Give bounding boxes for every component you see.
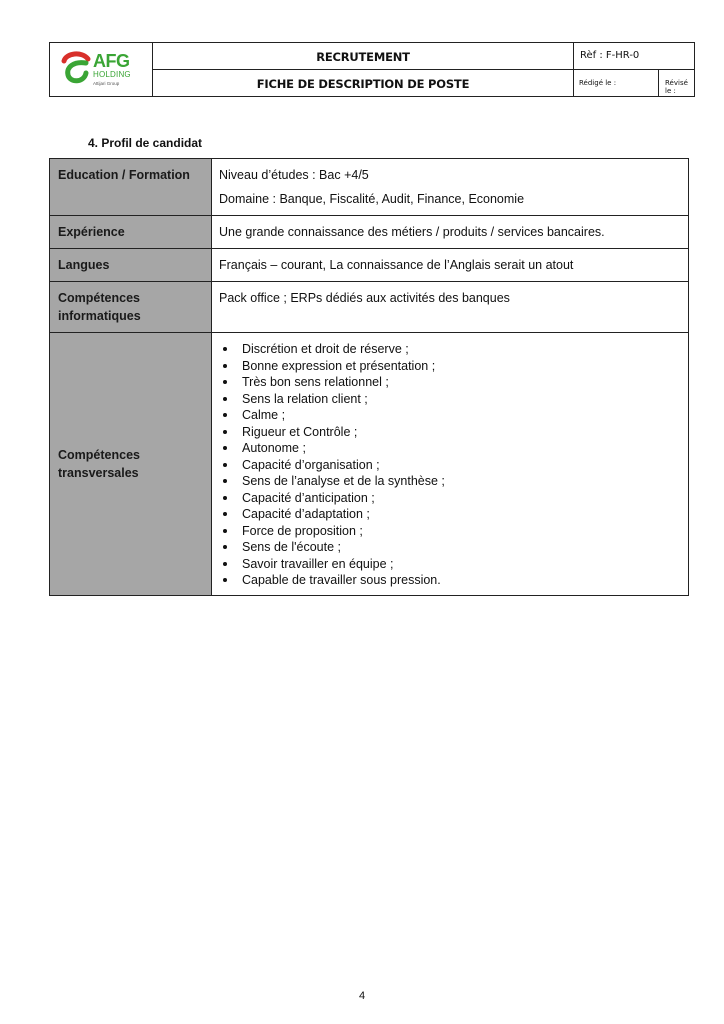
row-value: Une grande connaissance des métiers / pr… (212, 216, 689, 249)
header-subtitle: FICHE DE DESCRIPTION DE POSTE (153, 77, 573, 91)
table-row-informatique: Compétences informatiques Pack office ; … (50, 282, 689, 333)
row-value: Pack office ; ERPs dédiés aux activités … (212, 282, 689, 333)
logo-group: Attijari Group (93, 81, 119, 86)
list-item: Capacité d’adaptation ; (219, 506, 681, 523)
revise-cell: Révisé le : (658, 69, 694, 96)
header-title-cell: RECRUTEMENT FICHE DE DESCRIPTION DE POST… (153, 43, 574, 96)
list-item: Sens la relation client ; (219, 391, 681, 408)
candidate-profile-table: Education / Formation Niveau d’études : … (49, 158, 689, 596)
education-domain: Domaine : Banque, Fiscalité, Audit, Fina… (219, 190, 681, 208)
list-item: Savoir travailler en équipe ; (219, 556, 681, 573)
page-number: 4 (0, 990, 724, 1002)
list-item: Sens de l’analyse et de la synthèse ; (219, 473, 681, 490)
list-item: Très bon sens relationnel ; (219, 374, 681, 391)
header-meta-cell: Rèf : F-HR-0 Rédigé le : Révisé le : (574, 43, 694, 96)
list-item: Force de proposition ; (219, 523, 681, 540)
row-value: Français – courant, La connaissance de l… (212, 249, 689, 282)
table-row-education: Education / Formation Niveau d’études : … (50, 159, 689, 216)
logo-cell: AFG HOLDING Attijari Group (50, 43, 153, 96)
list-item: Calme ; (219, 407, 681, 424)
section-title: 4. Profil de candidat (88, 136, 202, 150)
list-item: Autonome ; (219, 440, 681, 457)
table-row-transversales: Compétences transversales Discrétion et … (50, 333, 689, 596)
list-item: Rigueur et Contrôle ; (219, 424, 681, 441)
education-level: Niveau d’études : Bac +4/5 (219, 166, 681, 184)
logo-name: AFG (93, 51, 130, 72)
logo-mark-icon (60, 51, 92, 85)
afg-holding-logo: AFG HOLDING Attijari Group (60, 51, 150, 91)
list-item: Sens de l'écoute ; (219, 539, 681, 556)
list-item: Capable de travailler sous pression. (219, 572, 681, 589)
row-label: Education / Formation (50, 159, 212, 216)
list-item: Bonne expression et présentation ; (219, 358, 681, 375)
row-value: Discrétion et droit de réserve ;Bonne ex… (212, 333, 689, 596)
revise-label: Révisé le : (665, 79, 694, 95)
row-label: Expérience (50, 216, 212, 249)
reference-code: Rèf : F-HR-0 (580, 50, 639, 61)
table-row-experience: Expérience Une grande connaissance des m… (50, 216, 689, 249)
document-header: AFG HOLDING Attijari Group RECRUTEMENT F… (49, 42, 695, 97)
list-item: Capacité d’anticipation ; (219, 490, 681, 507)
row-label: Compétences transversales (50, 333, 212, 596)
skills-list: Discrétion et droit de réserve ;Bonne ex… (219, 341, 681, 589)
table-row-langues: Langues Français – courant, La connaissa… (50, 249, 689, 282)
list-item: Capacité d’organisation ; (219, 457, 681, 474)
logo-subtitle: HOLDING (93, 70, 131, 79)
row-label: Compétences informatiques (50, 282, 212, 333)
row-value: Niveau d’études : Bac +4/5 Domaine : Ban… (212, 159, 689, 216)
redige-label: Rédigé le : (579, 79, 616, 87)
header-title: RECRUTEMENT (153, 50, 573, 64)
list-item: Discrétion et droit de réserve ; (219, 341, 681, 358)
header-divider (153, 69, 573, 70)
row-label: Langues (50, 249, 212, 282)
